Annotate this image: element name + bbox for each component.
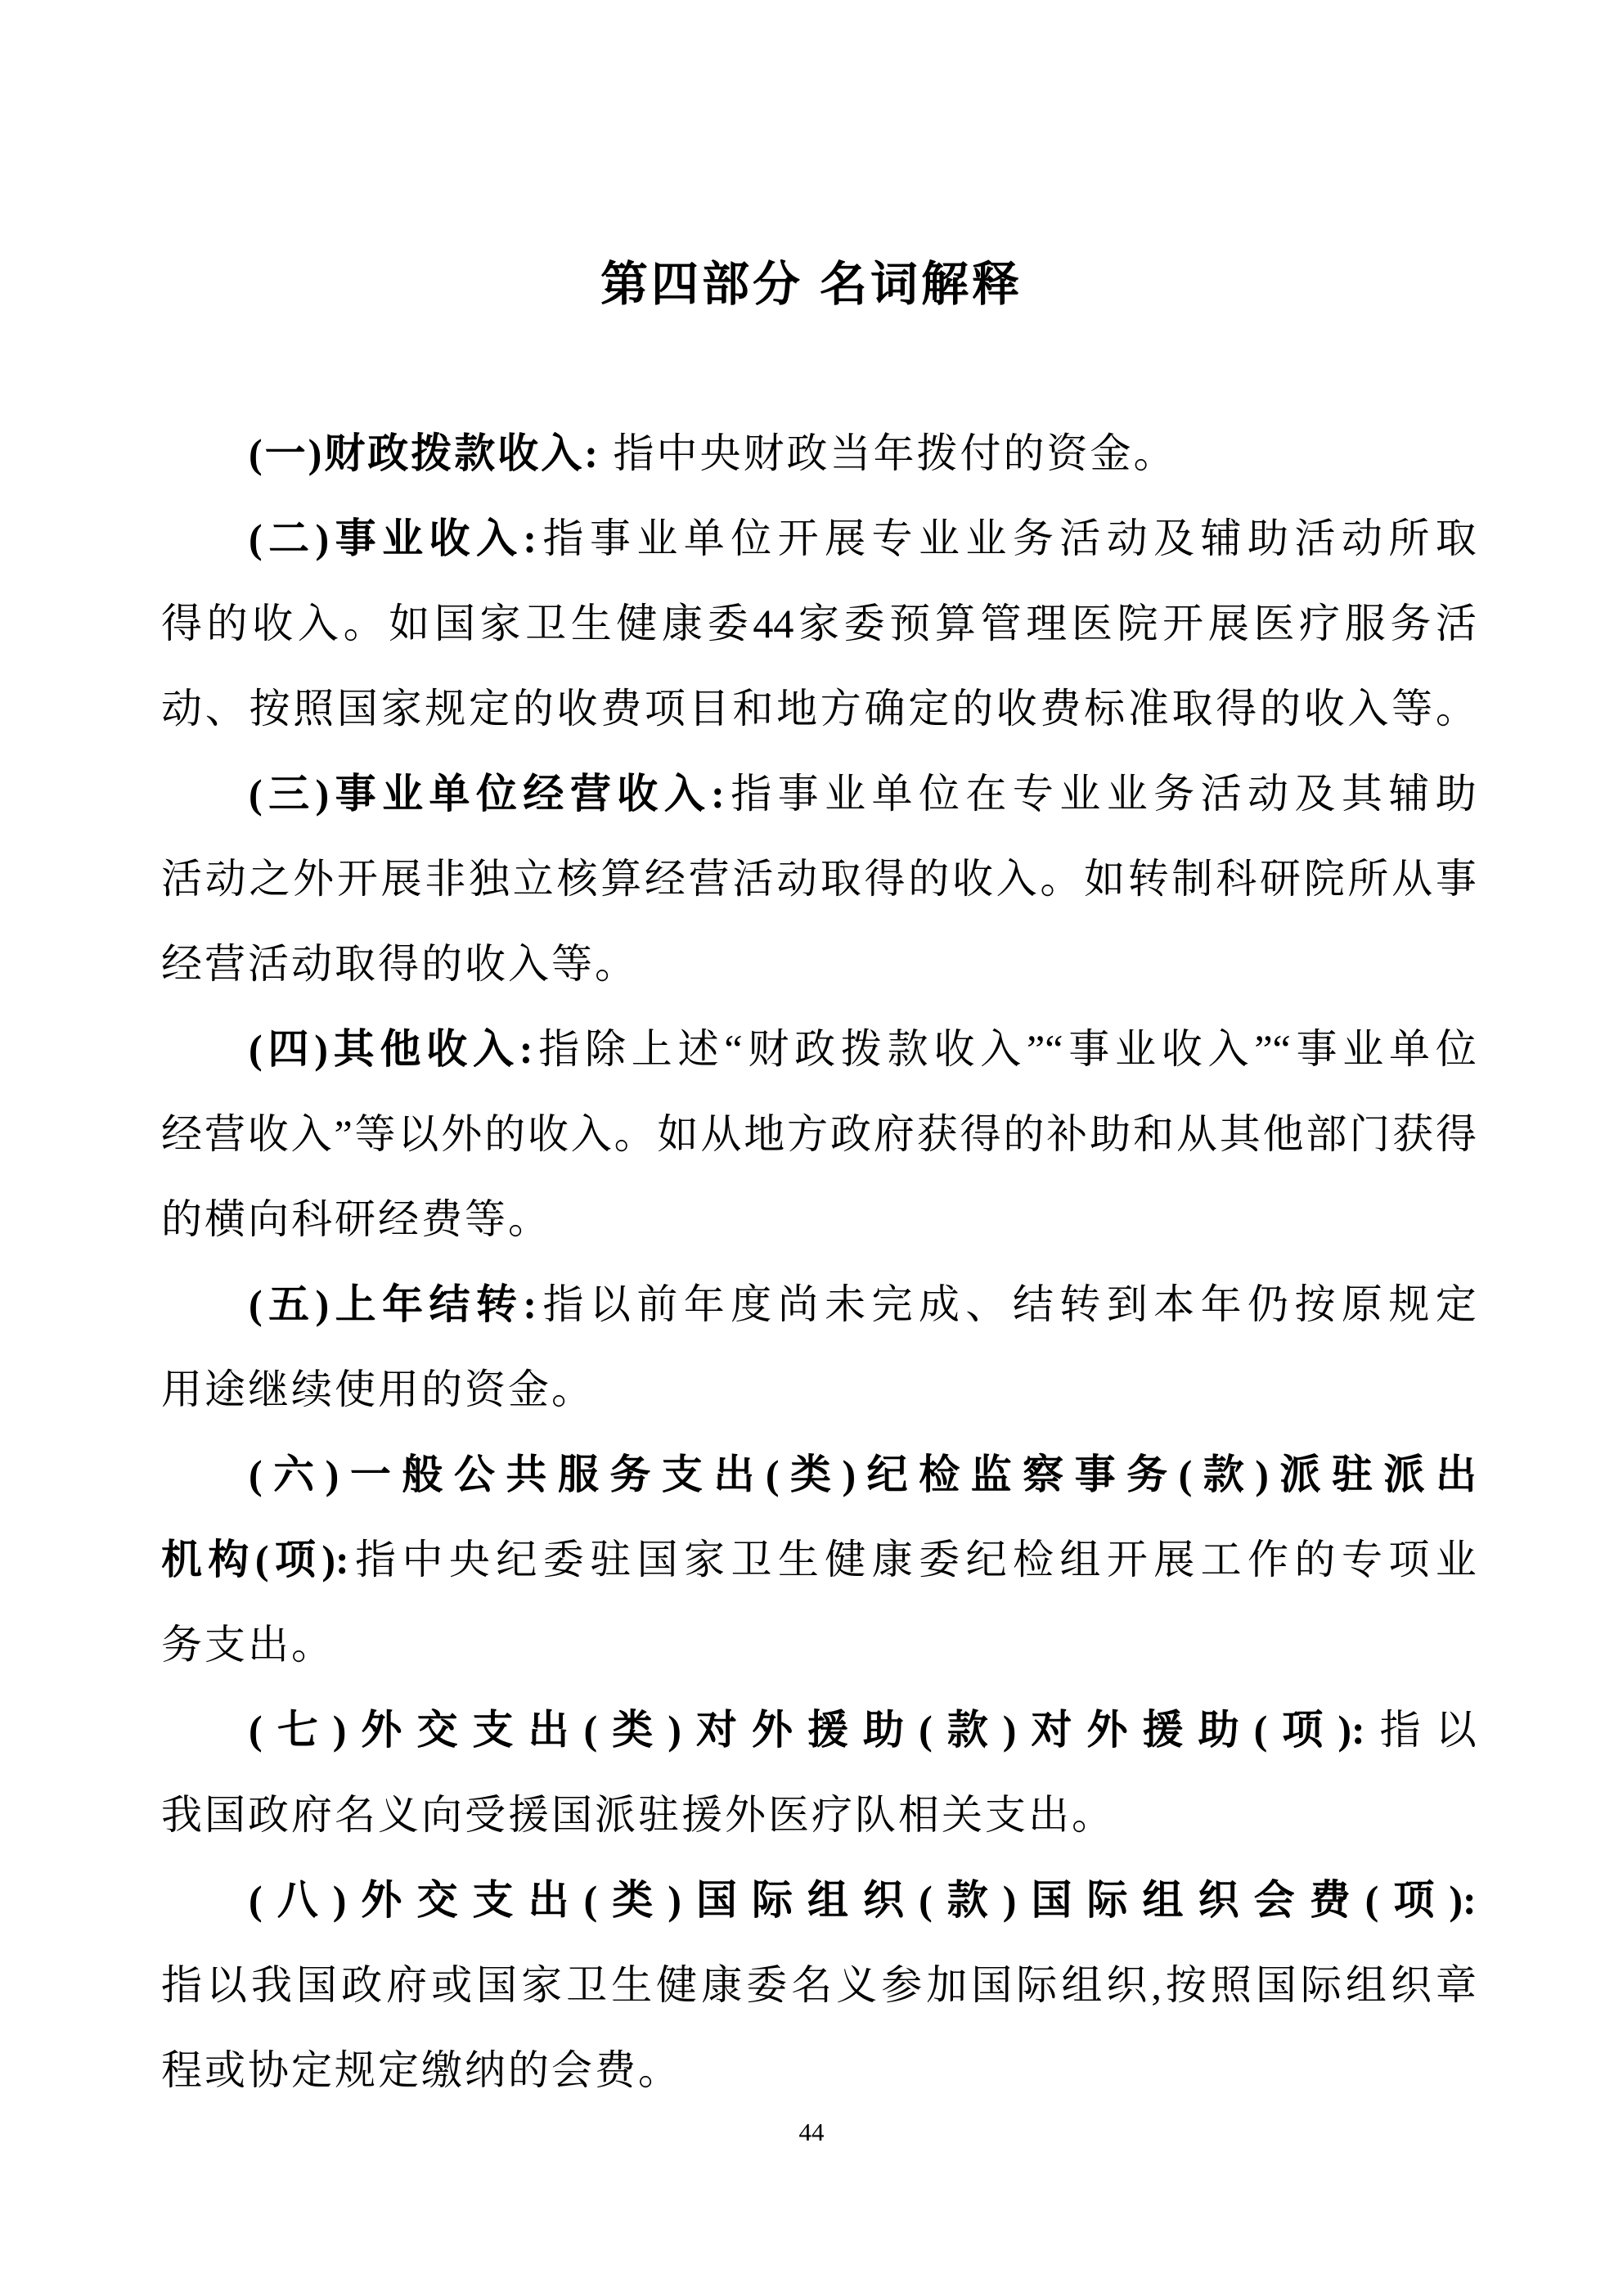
body-text: 指: [731, 751, 771, 836]
term-text: 机: [161, 1517, 202, 1602]
term-text: 组: [807, 1857, 848, 1943]
body-text: 费: [1040, 666, 1081, 751]
term-text: 般: [402, 1432, 443, 1517]
body-text: 制: [1172, 836, 1213, 921]
body-text: 业: [919, 496, 960, 581]
term-text: 援: [1143, 1687, 1184, 1772]
term-text: (: [249, 1006, 263, 1092]
body-text: 疗: [1299, 581, 1340, 666]
body-text: 的: [908, 836, 949, 921]
body-text: 完: [872, 1262, 913, 1347]
body-text: 尚: [778, 1262, 819, 1347]
body-text: 、: [965, 1262, 1006, 1347]
body-text: 务: [1153, 751, 1194, 836]
term-text: :: [519, 1006, 533, 1092]
body-text: 单: [872, 751, 913, 836]
term-text: 国: [696, 1857, 737, 1943]
body-text: 部: [1306, 1092, 1347, 1177]
body-text: 事: [1296, 1006, 1337, 1092]
body-text: 动: [1248, 751, 1288, 836]
body-text: 委: [543, 1517, 584, 1602]
body-text: 义: [836, 1943, 877, 2028]
body-text: 如: [389, 581, 429, 666]
body-text: 际: [1016, 1943, 1057, 2028]
body-text: 开: [778, 496, 819, 581]
body-text: 得: [1216, 666, 1257, 751]
text-line: (一)财政拨款收入: 指中央财政当年拨付的资金。: [161, 411, 1477, 496]
body-text: 组: [1061, 1943, 1102, 2028]
term-text: 事: [1075, 1432, 1116, 1517]
term-text: 其: [334, 1006, 375, 1092]
term-text: 外: [361, 1857, 402, 1943]
body-text: 国: [476, 1943, 517, 2028]
term-text: ): [1003, 1687, 1017, 1772]
body-text: 业: [965, 496, 1006, 581]
body-text: 委: [746, 1943, 787, 2028]
term-text: 款: [947, 1687, 988, 1772]
term-text: 类: [790, 1432, 831, 1517]
term-text: 入: [476, 496, 517, 581]
body-text: 助: [1090, 1092, 1131, 1177]
body-text: 业: [1107, 751, 1148, 836]
body-text: 指: [355, 1517, 396, 1602]
body-text: 目: [689, 666, 730, 751]
body-text: 以: [398, 1092, 438, 1177]
body-text: 或: [431, 1943, 472, 2028]
body-text: 度: [731, 1262, 771, 1347]
body-text: 。: [614, 1092, 655, 1177]
term-text: ): [668, 1687, 681, 1772]
body-text: 辅: [1388, 751, 1429, 836]
body-text: 如: [658, 1092, 699, 1177]
term-text: 入: [473, 1006, 514, 1092]
term-text: 外: [1087, 1687, 1128, 1772]
term-text: 费: [1310, 1857, 1351, 1943]
body-text: 准: [1128, 666, 1169, 751]
body-text: 动: [776, 836, 817, 921]
body-text: 非: [425, 836, 465, 921]
body-text: 费: [600, 666, 641, 751]
body-text: 入: [291, 1092, 332, 1177]
body-text: 、: [205, 666, 246, 751]
body-text: 服: [1345, 581, 1386, 666]
body-text: 按: [1166, 1943, 1207, 2028]
term-text: ): [314, 1006, 328, 1092]
body-text: 经: [161, 1092, 202, 1177]
body-text: 的: [1260, 666, 1301, 751]
body-text: 业: [1436, 1517, 1477, 1602]
body-text: 本: [1153, 1262, 1194, 1347]
body-text: 地: [744, 1092, 785, 1177]
term-text: (: [919, 1687, 933, 1772]
term-text: 际: [1087, 1857, 1128, 1943]
body-text: 检: [1013, 1517, 1054, 1602]
term-text: 他: [380, 1006, 420, 1092]
term-text: 收: [617, 751, 658, 836]
body-text: 的横向科研经费等。: [161, 1177, 551, 1262]
body-text: 。: [344, 581, 384, 666]
body-text: 展: [381, 836, 422, 921]
body-text: 收: [528, 1092, 569, 1177]
body-text: 算: [935, 581, 976, 666]
term-text: (: [1179, 1432, 1193, 1517]
body-text: 业: [825, 751, 865, 836]
body-text: 展: [1153, 1517, 1194, 1602]
page-number: 44: [0, 2116, 1623, 2149]
body-text: 经: [645, 836, 686, 921]
body-text: 单: [1389, 1006, 1430, 1092]
body-text: 康: [701, 1943, 742, 2028]
term-text: 对: [1031, 1687, 1072, 1772]
body-text: 原: [1342, 1262, 1382, 1347]
term-text: 织: [1198, 1857, 1239, 1943]
term-text: 七: [277, 1687, 318, 1772]
body-text: 位: [919, 751, 960, 836]
body-text: 。: [1040, 836, 1081, 921]
text-line: 用途继续使用的资金。: [161, 1347, 1477, 1432]
body-text: 务: [1390, 581, 1431, 666]
term-text: 会: [1254, 1857, 1295, 1943]
term-text: ): [333, 1857, 347, 1943]
body-text: 的: [207, 581, 248, 666]
term-text: 出: [528, 1687, 569, 1772]
body-text: 收: [952, 836, 993, 921]
body-text: 按: [249, 666, 290, 751]
body-text: 项: [1388, 1517, 1429, 1602]
body-text: 以: [1436, 1687, 1477, 1772]
body-text: 仍: [1248, 1262, 1288, 1347]
term-text: ): [326, 1432, 339, 1517]
body-text: 定: [1436, 1262, 1477, 1347]
body-text: 获: [1392, 1092, 1433, 1177]
body-text: 指: [161, 1943, 202, 2028]
text-line: 得的收入。如国家卫生健康委44家委预算管理医院开展医疗服务活: [161, 581, 1477, 666]
body-text: 入: [996, 836, 1037, 921]
text-line: (五)上年结转:指以前年度尚未完成、结转到本年仍按原规定: [161, 1262, 1477, 1347]
term-text: 对: [696, 1687, 737, 1772]
body-text: 如: [1084, 836, 1125, 921]
text-line: (二)事业收入:指事业单位开展专业业务活动及辅助活动所取: [161, 496, 1477, 581]
body-text: 生: [571, 581, 612, 666]
body-text: 业: [1059, 751, 1100, 836]
text-line: 动、按照国家规定的收费项目和地方确定的收费标准取得的收入等。: [161, 666, 1477, 751]
body-text: 门: [1349, 1092, 1390, 1177]
body-text: 国: [971, 1943, 1012, 2028]
body-text: 指: [1380, 1687, 1421, 1772]
body-text: 委: [919, 1517, 960, 1602]
term-text: 察: [1023, 1432, 1063, 1517]
body-text: 成: [919, 1262, 960, 1347]
body-text: 营: [205, 1092, 245, 1177]
text-line: 指以我国政府或国家卫生健康委名义参加国际组织,按照国际组织章: [161, 1943, 1477, 2028]
term-text: (: [584, 1857, 598, 1943]
term-text: 助: [863, 1687, 904, 1772]
term-text: 类: [612, 1857, 653, 1943]
body-text: 营: [689, 836, 730, 921]
term-text: 类: [612, 1687, 653, 1772]
body-text: ”: [334, 1092, 352, 1177]
body-text: 助: [1436, 751, 1477, 836]
term-text: 检: [919, 1432, 960, 1517]
term-text: 出: [1436, 1432, 1477, 1517]
body-text: 入: [571, 1092, 612, 1177]
term-text: 收: [429, 496, 470, 581]
text-line: 经营活动取得的收入等。: [161, 921, 1477, 1006]
body-text: 的: [513, 666, 554, 751]
term-text: ):: [1449, 1857, 1476, 1943]
body-text: 收: [248, 1092, 289, 1177]
term-text: (一)财政拨款收入:: [249, 411, 613, 496]
body-text: 定: [908, 666, 949, 751]
body-text: 组: [1059, 1517, 1100, 1602]
body-text: 专: [1013, 751, 1054, 836]
text-line: (三)事业单位经营收入:指事业单位在专业业务活动及其辅助: [161, 751, 1477, 836]
body-text: 我国政府名义向受援国派驻援外医疗队相关支出。: [161, 1772, 1115, 1857]
term-text: 一: [350, 1432, 391, 1517]
term-text: (: [584, 1687, 598, 1772]
term-text: (: [249, 1432, 263, 1517]
body-text: 入: [1347, 666, 1388, 751]
term-text: 公: [454, 1432, 495, 1517]
term-text: 交: [416, 1857, 457, 1943]
body-text: 家: [381, 666, 422, 751]
text-line: (七)外交支出(类)对外援助(款)对外援助(项):指以: [161, 1687, 1477, 1772]
body-text: 驻: [590, 1517, 631, 1602]
body-text: 以: [206, 1943, 247, 2028]
body-text: 健: [825, 1517, 865, 1602]
term-text: 共: [506, 1432, 546, 1517]
body-text: 等: [355, 1092, 396, 1177]
body-text: 管: [981, 581, 1022, 666]
body-text: 理: [1026, 581, 1067, 666]
body-text: 展: [825, 496, 865, 581]
body-text: 从: [700, 1092, 741, 1177]
body-text: 政: [794, 1006, 835, 1092]
body-text: 医: [1072, 581, 1113, 666]
body-text: 除: [585, 1006, 626, 1092]
body-text: 委: [844, 581, 885, 666]
term-text: ): [316, 1262, 330, 1347]
body-text: 开: [337, 836, 378, 921]
term-text: 三: [268, 751, 309, 836]
body-text: 国: [296, 1943, 337, 2028]
body-text: 业: [1115, 1006, 1156, 1092]
body-text: 收: [556, 666, 597, 751]
term-text: (: [255, 1517, 269, 1602]
term-text: 转: [476, 1262, 517, 1347]
body-text: 活: [732, 836, 773, 921]
body-text: 取: [820, 836, 861, 921]
body-text: 专: [1342, 1517, 1382, 1602]
body-text: 单: [684, 496, 725, 581]
body-text: 结: [1013, 1262, 1054, 1347]
body-text: 用途继续使用的资金。: [161, 1347, 595, 1432]
term-text: 位: [476, 751, 517, 836]
body-text: 规: [1388, 1262, 1429, 1347]
body-text: 务支出。: [161, 1602, 335, 1687]
body-text: 活: [161, 836, 202, 921]
body-text: 的: [1003, 1092, 1044, 1177]
term-text: 交: [416, 1687, 457, 1772]
term-text: 出: [528, 1857, 569, 1943]
body-text: 位: [1436, 1006, 1477, 1092]
term-text: ):: [321, 1517, 348, 1602]
body-text: 其: [1342, 751, 1382, 836]
body-text: 所: [1388, 496, 1429, 581]
body-text: 事: [590, 496, 631, 581]
body-text: 的: [484, 1092, 525, 1177]
term-text: 六: [273, 1432, 314, 1517]
term-text: 事: [335, 496, 376, 581]
term-text: 织: [863, 1857, 904, 1943]
body-text: 指: [542, 496, 583, 581]
term-text: (: [1365, 1857, 1379, 1943]
body-text: 位: [731, 496, 771, 581]
body-text: 加: [926, 1943, 967, 2028]
body-text: 入: [298, 581, 339, 666]
body-text: 获: [917, 1092, 958, 1177]
body-text: 。: [1436, 666, 1477, 751]
body-text: “: [724, 1006, 742, 1092]
body-text: 收: [933, 1006, 974, 1092]
body-text: 得: [161, 581, 202, 666]
body-text: 府: [386, 1943, 427, 2028]
text-line: 我国政府名义向受援国派驻援外医疗队相关支出。: [161, 1772, 1477, 1857]
body-text: 务: [1013, 496, 1054, 581]
term-text: 入: [664, 751, 705, 836]
body-text: 预: [889, 581, 930, 666]
term-text: (: [919, 1857, 933, 1943]
body-text: 事: [1436, 836, 1477, 921]
body-text: 织: [1391, 1943, 1432, 2028]
text-line: (四)其他收入:指除上述“财政拨款收入”“事业收入”“事业单位: [161, 1006, 1477, 1092]
body-text: 照: [293, 666, 334, 751]
body-text: 按: [1294, 1262, 1335, 1347]
body-text: 收: [1162, 1006, 1203, 1092]
body-text: 科: [1216, 836, 1257, 921]
term-text: 派: [1383, 1432, 1424, 1517]
text-line: 务支出。: [161, 1602, 1477, 1687]
term-text: :: [523, 496, 537, 581]
body-text: 指: [542, 1262, 583, 1347]
term-text: 外: [752, 1687, 793, 1772]
body-text: 得: [865, 836, 906, 921]
body-text: 程或协定规定缴纳的会费。: [161, 2028, 681, 2113]
term-text: 收: [426, 1006, 467, 1092]
body-text: 方: [787, 1092, 828, 1177]
document-page: 第四部分 名词解释 (一)财政拨款收入: 指中央财政当年拨付的资金。(二)事业收…: [0, 0, 1623, 2296]
body-text: 以: [590, 1262, 631, 1347]
term-text: 二: [268, 496, 309, 581]
body-text: 助: [1248, 496, 1288, 581]
term-text: 支: [662, 1432, 703, 1517]
body-text: 际: [1301, 1943, 1342, 2028]
term-text: ): [316, 751, 330, 836]
body-text: 等: [1391, 666, 1432, 751]
body-text: 专: [872, 496, 913, 581]
section-title: 第四部分 名词解释: [0, 259, 1623, 311]
body-text: 府: [874, 1092, 915, 1177]
body-text: 章: [1436, 1943, 1477, 2028]
term-text: 单: [429, 751, 470, 836]
body-text: 动: [205, 836, 246, 921]
body-text: 标: [1084, 666, 1125, 751]
term-text: 款: [947, 1857, 988, 1943]
term-text: 组: [1143, 1857, 1184, 1943]
body-text: 卫: [566, 1943, 607, 2028]
term-text: 出: [713, 1432, 754, 1517]
term-text: (: [1254, 1687, 1268, 1772]
body-text: 健: [656, 1943, 697, 2028]
body-text: 纪: [966, 1517, 1007, 1602]
term-text: 驻: [1332, 1432, 1373, 1517]
term-text: 业: [382, 496, 423, 581]
body-text: 算: [600, 836, 641, 921]
body-text: 生: [611, 1943, 652, 2028]
body-text: 组: [1346, 1943, 1387, 2028]
body-text: 在: [965, 751, 1006, 836]
body-text: ”“: [1254, 1006, 1290, 1092]
body-text: 定: [469, 666, 510, 751]
text-line: (八)外交支出(类)国际组织(款)国际组织会费(项):: [161, 1857, 1477, 1943]
text-line: 经营收入”等以外的收入。如从地方政府获得的补助和从其他部门获得: [161, 1092, 1477, 1177]
text-line: 程或协定规定缴纳的会费。: [161, 2028, 1477, 2113]
body-text: 款: [888, 1006, 928, 1092]
body-text: 央: [449, 1517, 490, 1602]
body-text: 入: [1208, 1006, 1249, 1092]
body-text: 之: [249, 836, 290, 921]
term-text: 五: [268, 1262, 309, 1347]
body-text: 我: [251, 1943, 292, 2028]
term-text: 项: [1282, 1687, 1323, 1772]
body-text: 指中央财政当年拨付的资金。: [613, 411, 1176, 496]
body-text: 财: [748, 1006, 789, 1092]
body-text: 事: [1068, 1006, 1109, 1092]
term-text: 外: [361, 1687, 402, 1772]
term-text: 事: [335, 751, 376, 836]
term-text: 援: [807, 1687, 848, 1772]
term-text: 业: [382, 751, 423, 836]
body-text: 政: [341, 1943, 382, 2028]
body-text: 地: [776, 666, 817, 751]
body-text: 项: [645, 666, 686, 751]
body-text: 的: [1295, 1517, 1336, 1602]
body-text: 收: [1304, 666, 1345, 751]
body-text: 拨: [841, 1006, 882, 1092]
body-text: 中: [402, 1517, 443, 1602]
term-text: 务: [609, 1432, 650, 1517]
body-text: 方: [820, 666, 861, 751]
body-text: 活: [1059, 496, 1100, 581]
body-text: 转: [1128, 836, 1169, 921]
body-text: 收: [996, 666, 1037, 751]
body-text: ,: [1151, 1943, 1162, 2028]
body-text: 国: [1256, 1943, 1297, 2028]
text-line: 的横向科研经费等。: [161, 1177, 1477, 1262]
body-text: 核: [556, 836, 597, 921]
term-text: 服: [558, 1432, 599, 1517]
body-text: 健: [616, 581, 657, 666]
body-text: 院: [1304, 836, 1345, 921]
body-text: 得: [960, 1092, 1001, 1177]
body-text: 和: [732, 666, 773, 751]
body-text: 指: [538, 1006, 579, 1092]
term-text: 结: [429, 1262, 470, 1347]
term-text: 派: [1279, 1432, 1320, 1517]
body-text: 收: [252, 581, 293, 666]
body-text: 展: [1208, 581, 1249, 666]
term-text: 支: [472, 1857, 513, 1943]
